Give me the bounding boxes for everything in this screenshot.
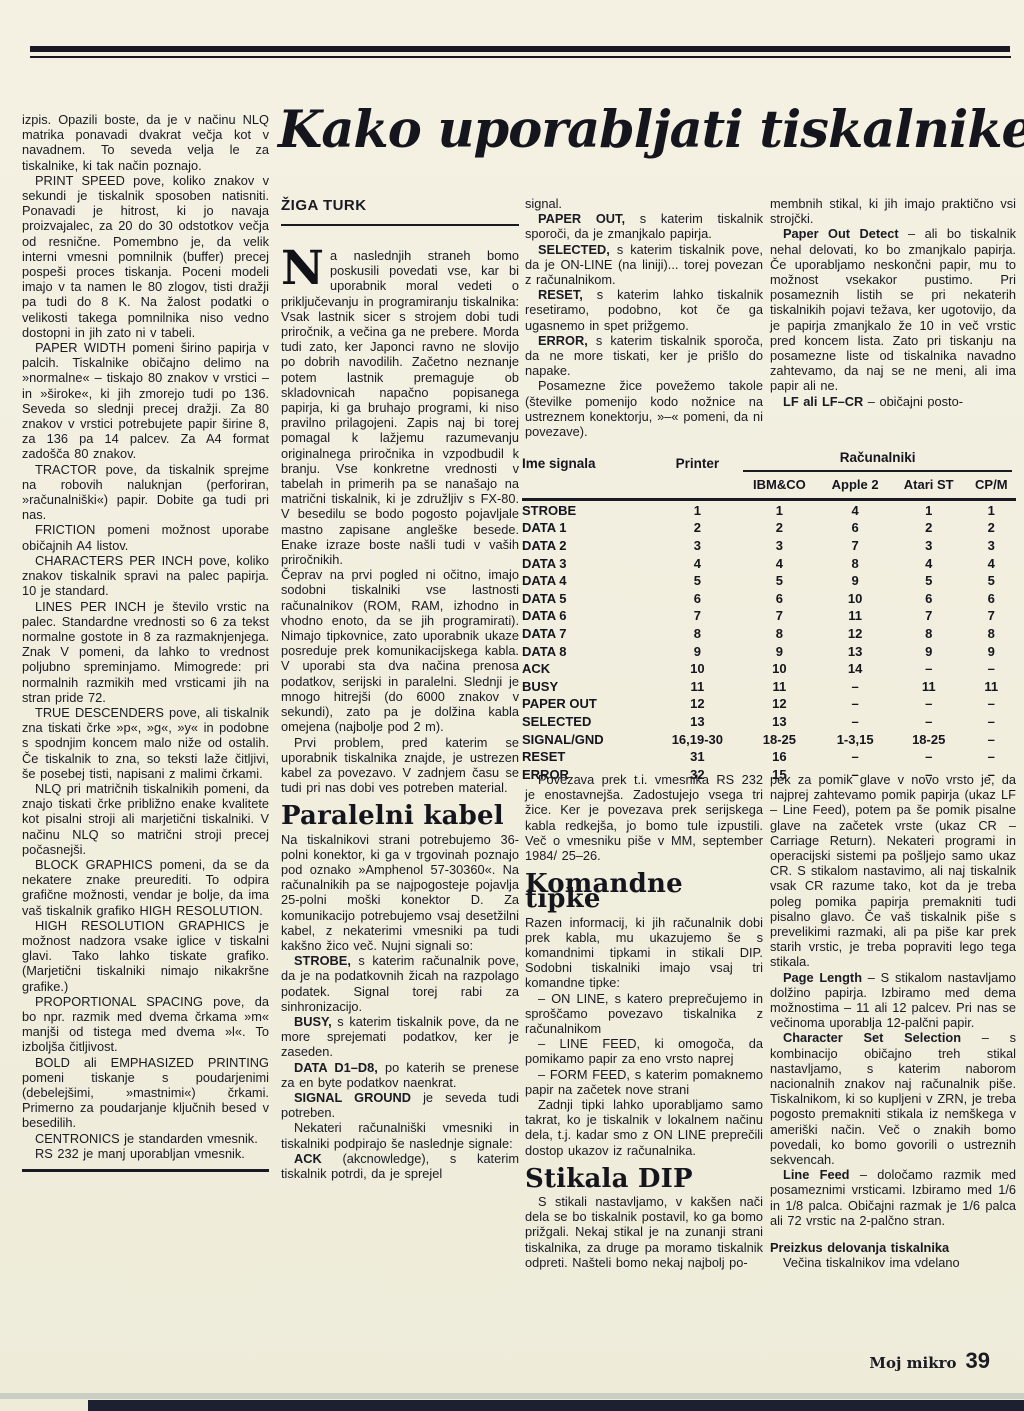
column-3-upper: signal. PAPER OUT, s katerim tiskalnik s… [525, 196, 763, 439]
paragraph: SELECTED, s katerim tiskalnik pove, da j… [525, 242, 763, 288]
paragraph: DATA D1–D8, po katerih se prenese za en … [281, 1060, 519, 1090]
cell-atari-pin: 2 [891, 519, 967, 537]
paragraph-lead: Paper Out Detect [783, 226, 899, 241]
column-4-upper: membnih stikal, ki jih imajo praktično v… [770, 196, 1016, 409]
cell-apple2-pin: 1-3,15 [819, 730, 890, 748]
paragraph: Page Length – S stikalom nastavljamo dol… [770, 970, 1016, 1031]
page-footer: Moj mikro39 [720, 1348, 1016, 1374]
header-printer: Printer [655, 450, 739, 474]
header-racunalniki-label: Računalniki [743, 450, 1012, 472]
paragraph: Razen informacij, ki jih računalnik dobi… [525, 915, 763, 991]
magazine-page: { "title": "Kako uporabljati tiskalnike"… [0, 0, 1024, 1411]
cell-ibm-pin: 16 [739, 748, 819, 766]
paragraph: CENTRONICS je standarden vmesnik. [22, 1131, 269, 1146]
paragraph: – FORM FEED, s katerim pomaknemo papir n… [525, 1067, 763, 1097]
top-rule-thin [30, 56, 1011, 58]
paragraph: ERROR, s katerim tiskalnik sporoča, da n… [525, 333, 763, 379]
paragraph: Nekateri računalniški vmesniki in tiskal… [281, 1120, 519, 1150]
paragraph: SIGNAL GROUND je seveda tudi potreben. [281, 1090, 519, 1120]
table-row: DATA 5 6 6 10 6 6 [522, 589, 1016, 607]
cell-signal-name: DATA 4 [522, 572, 655, 590]
paragraph-text: Večina tiskalnikov ima vdelano [783, 1255, 960, 1270]
cell-cpm-pin: 4 [967, 554, 1016, 572]
cell-cpm-pin: – [967, 713, 1016, 731]
cell-signal-name: SELECTED [522, 713, 655, 731]
cell-cpm-pin: – [967, 748, 1016, 766]
cell-ibm-pin: 13 [739, 713, 819, 731]
table-row: DATA 7 8 8 12 8 8 [522, 625, 1016, 643]
cell-ibm-pin: 11 [739, 677, 819, 695]
header-spacer [522, 474, 655, 500]
paragraph: PROPORTIONAL SPACING pove, da bo npr. ra… [22, 994, 269, 1055]
cell-ibm-pin: 10 [739, 660, 819, 678]
cell-signal-name: DATA 6 [522, 607, 655, 625]
column-1: izpis. Opazili boste, da je v načinu NLQ… [22, 112, 269, 1172]
cell-ibm-pin: 3 [739, 537, 819, 555]
cell-apple2-pin: 10 [819, 589, 890, 607]
paragraph-text: Nekateri računalniški vmesniki in tiskal… [281, 1120, 519, 1150]
paragraph: Večina tiskalnikov ima vdelano [770, 1255, 1016, 1270]
paragraph-text: Povezava prek t.i. vmesnika RS 232 je en… [525, 772, 763, 863]
paragraph-text: TRUE DESCENDERS pove, ali tiskalnik zna … [22, 705, 269, 781]
cell-ibm-pin: 9 [739, 642, 819, 660]
paragraph: BOLD ali EMPHASIZED PRINTING pomeni tisk… [22, 1055, 269, 1131]
cell-signal-name: DATA 8 [522, 642, 655, 660]
cell-signal-name: DATA 7 [522, 625, 655, 643]
header-ime-signala: Ime signala [522, 450, 655, 474]
paragraph-text: BOLD ali EMPHASIZED PRINTING pomeni tisk… [22, 1055, 269, 1131]
paragraph-text: PAPER WIDTH pomeni širino papirja v palc… [22, 340, 269, 461]
paragraph-text: izpis. Opazili boste, da je v načinu NLQ… [22, 112, 269, 173]
intro-text: a naslednjih straneh bomo poskusili pove… [281, 248, 519, 567]
column-3-paragraphs-a: signal. PAPER OUT, s katerim tiskalnik s… [525, 196, 763, 439]
cell-signal-name: PAPER OUT [522, 695, 655, 713]
cell-printer-pin: 8 [655, 625, 739, 643]
cell-atari-pin: 7 [891, 607, 967, 625]
cell-atari-pin: 8 [891, 625, 967, 643]
paragraph-text: Čeprav na prvi pogled ni očitno, imajo s… [281, 567, 519, 734]
table-row: DATA 6 7 7 11 7 7 [522, 607, 1016, 625]
paragraph-text: PRINT SPEED pove, koliko znakov v sekund… [22, 173, 269, 340]
paragraph: Čeprav na prvi pogled ni očitno, imajo s… [281, 567, 519, 734]
paragraph: FRICTION pomeni možnost uporabe običajni… [22, 522, 269, 552]
paragraph-lead: DATA D1–D8, [294, 1060, 378, 1075]
paragraph: S stikali nastavljamo, v kakšen nači del… [525, 1194, 763, 1270]
section-heading-komandne-tipke: Komandne tipke [525, 877, 763, 907]
paragraph-text: PROPORTIONAL SPACING pove, da bo npr. ra… [22, 994, 269, 1055]
magazine-name: Moj mikro [869, 1354, 956, 1372]
cell-signal-name: RESET [522, 748, 655, 766]
cell-atari-pin: 11 [891, 677, 967, 695]
cell-printer-pin: 2 [655, 519, 739, 537]
cell-signal-name: DATA 1 [522, 519, 655, 537]
paragraph: HIGH RESOLUTION GRAPHICS je možnost nadz… [22, 918, 269, 994]
cell-apple2-pin: 8 [819, 554, 890, 572]
table-row: BUSY 11 11 – 11 11 [522, 677, 1016, 695]
table-row: DATA 4 5 5 9 5 5 [522, 572, 1016, 590]
cell-printer-pin: 16,19-30 [655, 730, 739, 748]
cell-apple2-pin: – [819, 713, 890, 731]
byline: ŽIGA TURK [281, 197, 519, 226]
section-heading-paralelni-kabel: Paralelni kabel [281, 809, 519, 824]
cell-atari-pin: 4 [891, 554, 967, 572]
cell-atari-pin: – [891, 748, 967, 766]
paragraph-text: Zadnji tipki lahko uporabljamo samo takr… [525, 1097, 763, 1158]
connection-table: Ime signala Printer Računalniki IBM&CO A… [522, 450, 1016, 783]
column-3-paragraphs-c: S stikali nastavljamo, v kakšen nači del… [525, 1194, 763, 1270]
paragraph-text: RS 232 je manj uporabljan vmesnik. [35, 1146, 245, 1161]
table-row: ACK 10 10 14 – – [522, 660, 1016, 678]
dropcap-letter: N [281, 248, 330, 288]
bottom-edge-shadow [88, 1400, 1024, 1411]
cell-atari-pin: – [891, 713, 967, 731]
cell-printer-pin: 4 [655, 554, 739, 572]
paragraph: Na tiskalnikovi strani potrebujemo 36-po… [281, 832, 519, 954]
table-row: PAPER OUT 12 12 – – – [522, 695, 1016, 713]
cell-signal-name: ACK [522, 660, 655, 678]
table-row: SIGNAL/GND 16,19-30 18-25 1-3,15 18-25 – [522, 730, 1016, 748]
paragraph: STROBE, s katerim računalnik pove, da je… [281, 953, 519, 1014]
paragraph: NLQ pri matričnih tiskalnikih pomeni, da… [22, 781, 269, 857]
cell-apple2-pin: 4 [819, 500, 890, 519]
paragraph: Zadnji tipki lahko uporabljamo samo takr… [525, 1097, 763, 1158]
column-4-lower: pek za pomik glave v novo vrsto je, da n… [770, 772, 1016, 1271]
paragraph-text: S stikali nastavljamo, v kakšen nači del… [525, 1194, 763, 1270]
cell-signal-name: SIGNAL/GND [522, 730, 655, 748]
cell-atari-pin: 3 [891, 537, 967, 555]
paragraph: Paper Out Detect – ali bo tiskalnik neha… [770, 226, 1016, 393]
cell-atari-pin: 9 [891, 642, 967, 660]
column-1-end-rule [22, 1169, 269, 1172]
paragraph-lead: ERROR, [538, 333, 588, 348]
paragraph-text: HIGH RESOLUTION GRAPHICS je možnost nadz… [22, 918, 269, 994]
cell-cpm-pin: – [967, 660, 1016, 678]
paragraph: signal. [525, 196, 763, 211]
cell-printer-pin: 31 [655, 748, 739, 766]
cell-ibm-pin: 12 [739, 695, 819, 713]
header-apple2: Apple 2 [819, 474, 890, 500]
column-3-paragraphs-b: Razen informacij, ki jih računalnik dobi… [525, 915, 763, 1158]
paragraph: CHARACTERS PER INCH pove, koliko znakov … [22, 553, 269, 599]
paragraph-lead: Page Length [783, 970, 862, 985]
paragraph: pek za pomik glave v novo vrsto je, da n… [770, 772, 1016, 970]
cell-cpm-pin: 9 [967, 642, 1016, 660]
header-spacer [655, 474, 739, 500]
paragraph-text: Prvi problem, pred katerim se uporabnik … [281, 735, 519, 796]
cell-ibm-pin: 5 [739, 572, 819, 590]
paragraph-lead: Character Set Selection [783, 1030, 961, 1045]
paragraph: Posamezne žice povežemo takole (številke… [525, 378, 763, 439]
cell-signal-name: DATA 5 [522, 589, 655, 607]
cell-apple2-pin: 9 [819, 572, 890, 590]
cell-ibm-pin: 8 [739, 625, 819, 643]
paragraph-text: BLOCK GRAPHICS pomeni, da se da nekatere… [22, 857, 269, 918]
paragraph: – LINE FEED, ki omogoča, da pomikamo pap… [525, 1036, 763, 1066]
table-row: DATA 1 2 2 6 2 2 [522, 519, 1016, 537]
paragraph: Character Set Selection – s kombinacijo … [770, 1030, 1016, 1167]
table-row: DATA 8 9 9 13 9 9 [522, 642, 1016, 660]
table-header-row-1: Ime signala Printer Računalniki [522, 450, 1016, 474]
cell-cpm-pin: – [967, 695, 1016, 713]
cell-atari-pin: – [891, 660, 967, 678]
paragraph-lead: RESET, [538, 287, 583, 302]
cell-apple2-pin: – [819, 748, 890, 766]
cell-atari-pin: – [891, 695, 967, 713]
paragraph-text: – ON LINE, s katero preprečujemo in spro… [525, 991, 763, 1036]
top-rule-thick [30, 46, 1010, 52]
paragraph: ACK (akcnowledge), s katerim tiskalnik p… [281, 1151, 519, 1181]
cell-printer-pin: 9 [655, 642, 739, 660]
paragraph: Line Feed – določamo razmik med posamezn… [770, 1167, 1016, 1228]
cell-cpm-pin: 6 [967, 589, 1016, 607]
table-row: SELECTED 13 13 – – – [522, 713, 1016, 731]
paragraph-text: – ali bo tiskalnik nehal delovati, ko bo… [770, 226, 1016, 393]
paragraph-text: – s kombinacijo običajno treh stikal nas… [770, 1030, 1016, 1167]
cell-cpm-pin: 11 [967, 677, 1016, 695]
paragraph-lead: STROBE, [294, 953, 351, 968]
paragraph: izpis. Opazili boste, da je v načinu NLQ… [22, 112, 269, 173]
paragraph: TRACTOR pove, da tiskalnik sprejme na ro… [22, 462, 269, 523]
cell-apple2-pin: 11 [819, 607, 890, 625]
paragraph: BLOCK GRAPHICS pomeni, da se da nekatere… [22, 857, 269, 918]
column-3-after-table: Povezava prek t.i. vmesnika RS 232 je en… [525, 772, 763, 863]
column-3-lower: Povezava prek t.i. vmesnika RS 232 je en… [525, 772, 763, 1270]
table-row: DATA 3 4 4 8 4 4 [522, 554, 1016, 572]
paragraph-text: NLQ pri matričnih tiskalnikih pomeni, da… [22, 781, 269, 857]
paragraph-text: – LINE FEED, ki omogoča, da pomikamo pap… [525, 1036, 763, 1066]
cell-printer-pin: 10 [655, 660, 739, 678]
bottom-edge-strip [0, 1393, 1024, 1399]
column-2: Na naslednjih straneh bomo poskusili pov… [281, 248, 519, 1181]
table-row: DATA 2 3 3 7 3 3 [522, 537, 1016, 555]
paragraph-lead: SELECTED, [538, 242, 610, 257]
cell-ibm-pin: 6 [739, 589, 819, 607]
paragraph: RS 232 je manj uporabljan vmesnik. [22, 1146, 269, 1161]
paragraph: Prvi problem, pred katerim se uporabnik … [281, 735, 519, 796]
cell-printer-pin: 5 [655, 572, 739, 590]
signal-pin-table: Ime signala Printer Računalniki IBM&CO A… [522, 450, 1016, 783]
paragraph: membnih stikal, ki jih imajo praktično v… [770, 196, 1016, 226]
header-cpm: CP/M [967, 474, 1016, 500]
cell-apple2-pin: – [819, 677, 890, 695]
section-heading-stikala-dip: Stikala DIP [525, 1172, 763, 1187]
column-4-paragraphs-c: Večina tiskalnikov ima vdelano [770, 1255, 1016, 1270]
cell-apple2-pin: 6 [819, 519, 890, 537]
paragraph: Povezava prek t.i. vmesnika RS 232 je en… [525, 772, 763, 863]
column-2-paragraphs-a: Čeprav na prvi pogled ni očitno, imajo s… [281, 567, 519, 795]
paragraph-lead: PAPER OUT, [538, 211, 625, 226]
cell-ibm-pin: 1 [739, 500, 819, 519]
cell-printer-pin: 12 [655, 695, 739, 713]
cell-ibm-pin: 2 [739, 519, 819, 537]
paragraph: PRINT SPEED pove, koliko znakov v sekund… [22, 173, 269, 340]
header-racunalniki-group: Računalniki [739, 450, 1016, 474]
cell-apple2-pin: 13 [819, 642, 890, 660]
paragraph: BUSY, s katerim tiskalnik pove, da ne mo… [281, 1014, 519, 1060]
paragraph-lead: ACK [294, 1151, 322, 1166]
paragraph-text: LINES PER INCH je število vrstic na pale… [22, 599, 269, 705]
header-atari-st: Atari ST [891, 474, 967, 500]
column-1-paragraphs: izpis. Opazili boste, da je v načinu NLQ… [22, 112, 269, 1161]
paragraph-lead: BUSY, [294, 1014, 332, 1029]
cell-printer-pin: 1 [655, 500, 739, 519]
cell-cpm-pin: 7 [967, 607, 1016, 625]
cell-atari-pin: 5 [891, 572, 967, 590]
paragraph-text: – običajni posto- [863, 394, 963, 409]
paragraph: TRUE DESCENDERS pove, ali tiskalnik zna … [22, 705, 269, 781]
paragraph-text: CHARACTERS PER INCH pove, koliko znakov … [22, 553, 269, 598]
cell-signal-name: STROBE [522, 500, 655, 519]
paragraph-text: pek za pomik glave v novo vrsto je, da n… [770, 772, 1016, 969]
intro-paragraph: Na naslednjih straneh bomo poskusili pov… [281, 248, 519, 567]
paragraph-text: CENTRONICS je standarden vmesnik. [35, 1131, 258, 1146]
paragraph: LINES PER INCH je število vrstic na pale… [22, 599, 269, 705]
connection-table-head: Ime signala Printer Računalniki IBM&CO A… [522, 450, 1016, 500]
connection-table-body: STROBE 1 1 4 1 1 DATA 1 2 2 6 2 2 [522, 500, 1016, 783]
header-ibm: IBM&CO [739, 474, 819, 500]
paragraph: RESET, s katerim lahko tiskalnik resetir… [525, 287, 763, 333]
cell-apple2-pin: 14 [819, 660, 890, 678]
cell-cpm-pin: 3 [967, 537, 1016, 555]
paragraph-text: Razen informacij, ki jih računalnik dobi… [525, 915, 763, 991]
paragraph: LF ali LF–CR – običajni posto- [770, 394, 1016, 409]
paragraph: PAPER OUT, s katerim tiskalnik sporoči, … [525, 211, 763, 241]
paragraph-text: Posamezne žice povežemo takole (številke… [525, 378, 763, 439]
cell-printer-pin: 3 [655, 537, 739, 555]
table-row: RESET 31 16 – – – [522, 748, 1016, 766]
cell-cpm-pin: 8 [967, 625, 1016, 643]
paragraph-text: signal. [525, 196, 562, 211]
cell-cpm-pin: 1 [967, 500, 1016, 519]
column-4-paragraphs-b: pek za pomik glave v novo vrsto je, da n… [770, 772, 1016, 1228]
cell-printer-pin: 11 [655, 677, 739, 695]
paragraph-text: FRICTION pomeni možnost uporabe običajni… [22, 522, 269, 552]
cell-ibm-pin: 7 [739, 607, 819, 625]
cell-signal-name: DATA 3 [522, 554, 655, 572]
column-4-paragraphs-a: membnih stikal, ki jih imajo praktično v… [770, 196, 1016, 409]
cell-printer-pin: 6 [655, 589, 739, 607]
paragraph: – ON LINE, s katero preprečujemo in spro… [525, 991, 763, 1037]
cell-signal-name: DATA 2 [522, 537, 655, 555]
cell-printer-pin: 7 [655, 607, 739, 625]
cell-cpm-pin: – [967, 730, 1016, 748]
table-row: STROBE 1 1 4 1 1 [522, 500, 1016, 519]
column-2-paragraphs-b: Na tiskalnikovi strani potrebujemo 36-po… [281, 832, 519, 1182]
cell-apple2-pin: 7 [819, 537, 890, 555]
cell-ibm-pin: 4 [739, 554, 819, 572]
page-number: 39 [966, 1348, 990, 1373]
cell-printer-pin: 13 [655, 713, 739, 731]
paragraph: PAPER WIDTH pomeni širino papirja v palc… [22, 340, 269, 462]
paragraph-lead: Line Feed [783, 1167, 850, 1182]
paragraph-lead: LF ali LF–CR [783, 394, 863, 409]
paragraph-text: Na tiskalnikovi strani potrebujemo 36-po… [281, 832, 519, 953]
cell-apple2-pin: – [819, 695, 890, 713]
paragraph-text: TRACTOR pove, da tiskalnik sprejme na ro… [22, 462, 269, 523]
cell-atari-pin: 18-25 [891, 730, 967, 748]
cell-atari-pin: 1 [891, 500, 967, 519]
cell-atari-pin: 6 [891, 589, 967, 607]
table-header-row-2: IBM&CO Apple 2 Atari ST CP/M [522, 474, 1016, 500]
cell-cpm-pin: 2 [967, 519, 1016, 537]
paragraph-lead: SIGNAL GROUND [294, 1090, 411, 1105]
cell-signal-name: BUSY [522, 677, 655, 695]
cell-ibm-pin: 18-25 [739, 730, 819, 748]
cell-apple2-pin: 12 [819, 625, 890, 643]
paragraph-text: – FORM FEED, s katerim pomaknemo papir n… [525, 1067, 763, 1097]
page-title: Kako uporabljati tiskalnike [278, 100, 1018, 160]
paragraph-text: membnih stikal, ki jih imajo praktično v… [770, 196, 1016, 226]
sub-heading-preizkus: Preizkus delovanja tiskalnika [770, 1240, 1016, 1255]
cell-cpm-pin: 5 [967, 572, 1016, 590]
